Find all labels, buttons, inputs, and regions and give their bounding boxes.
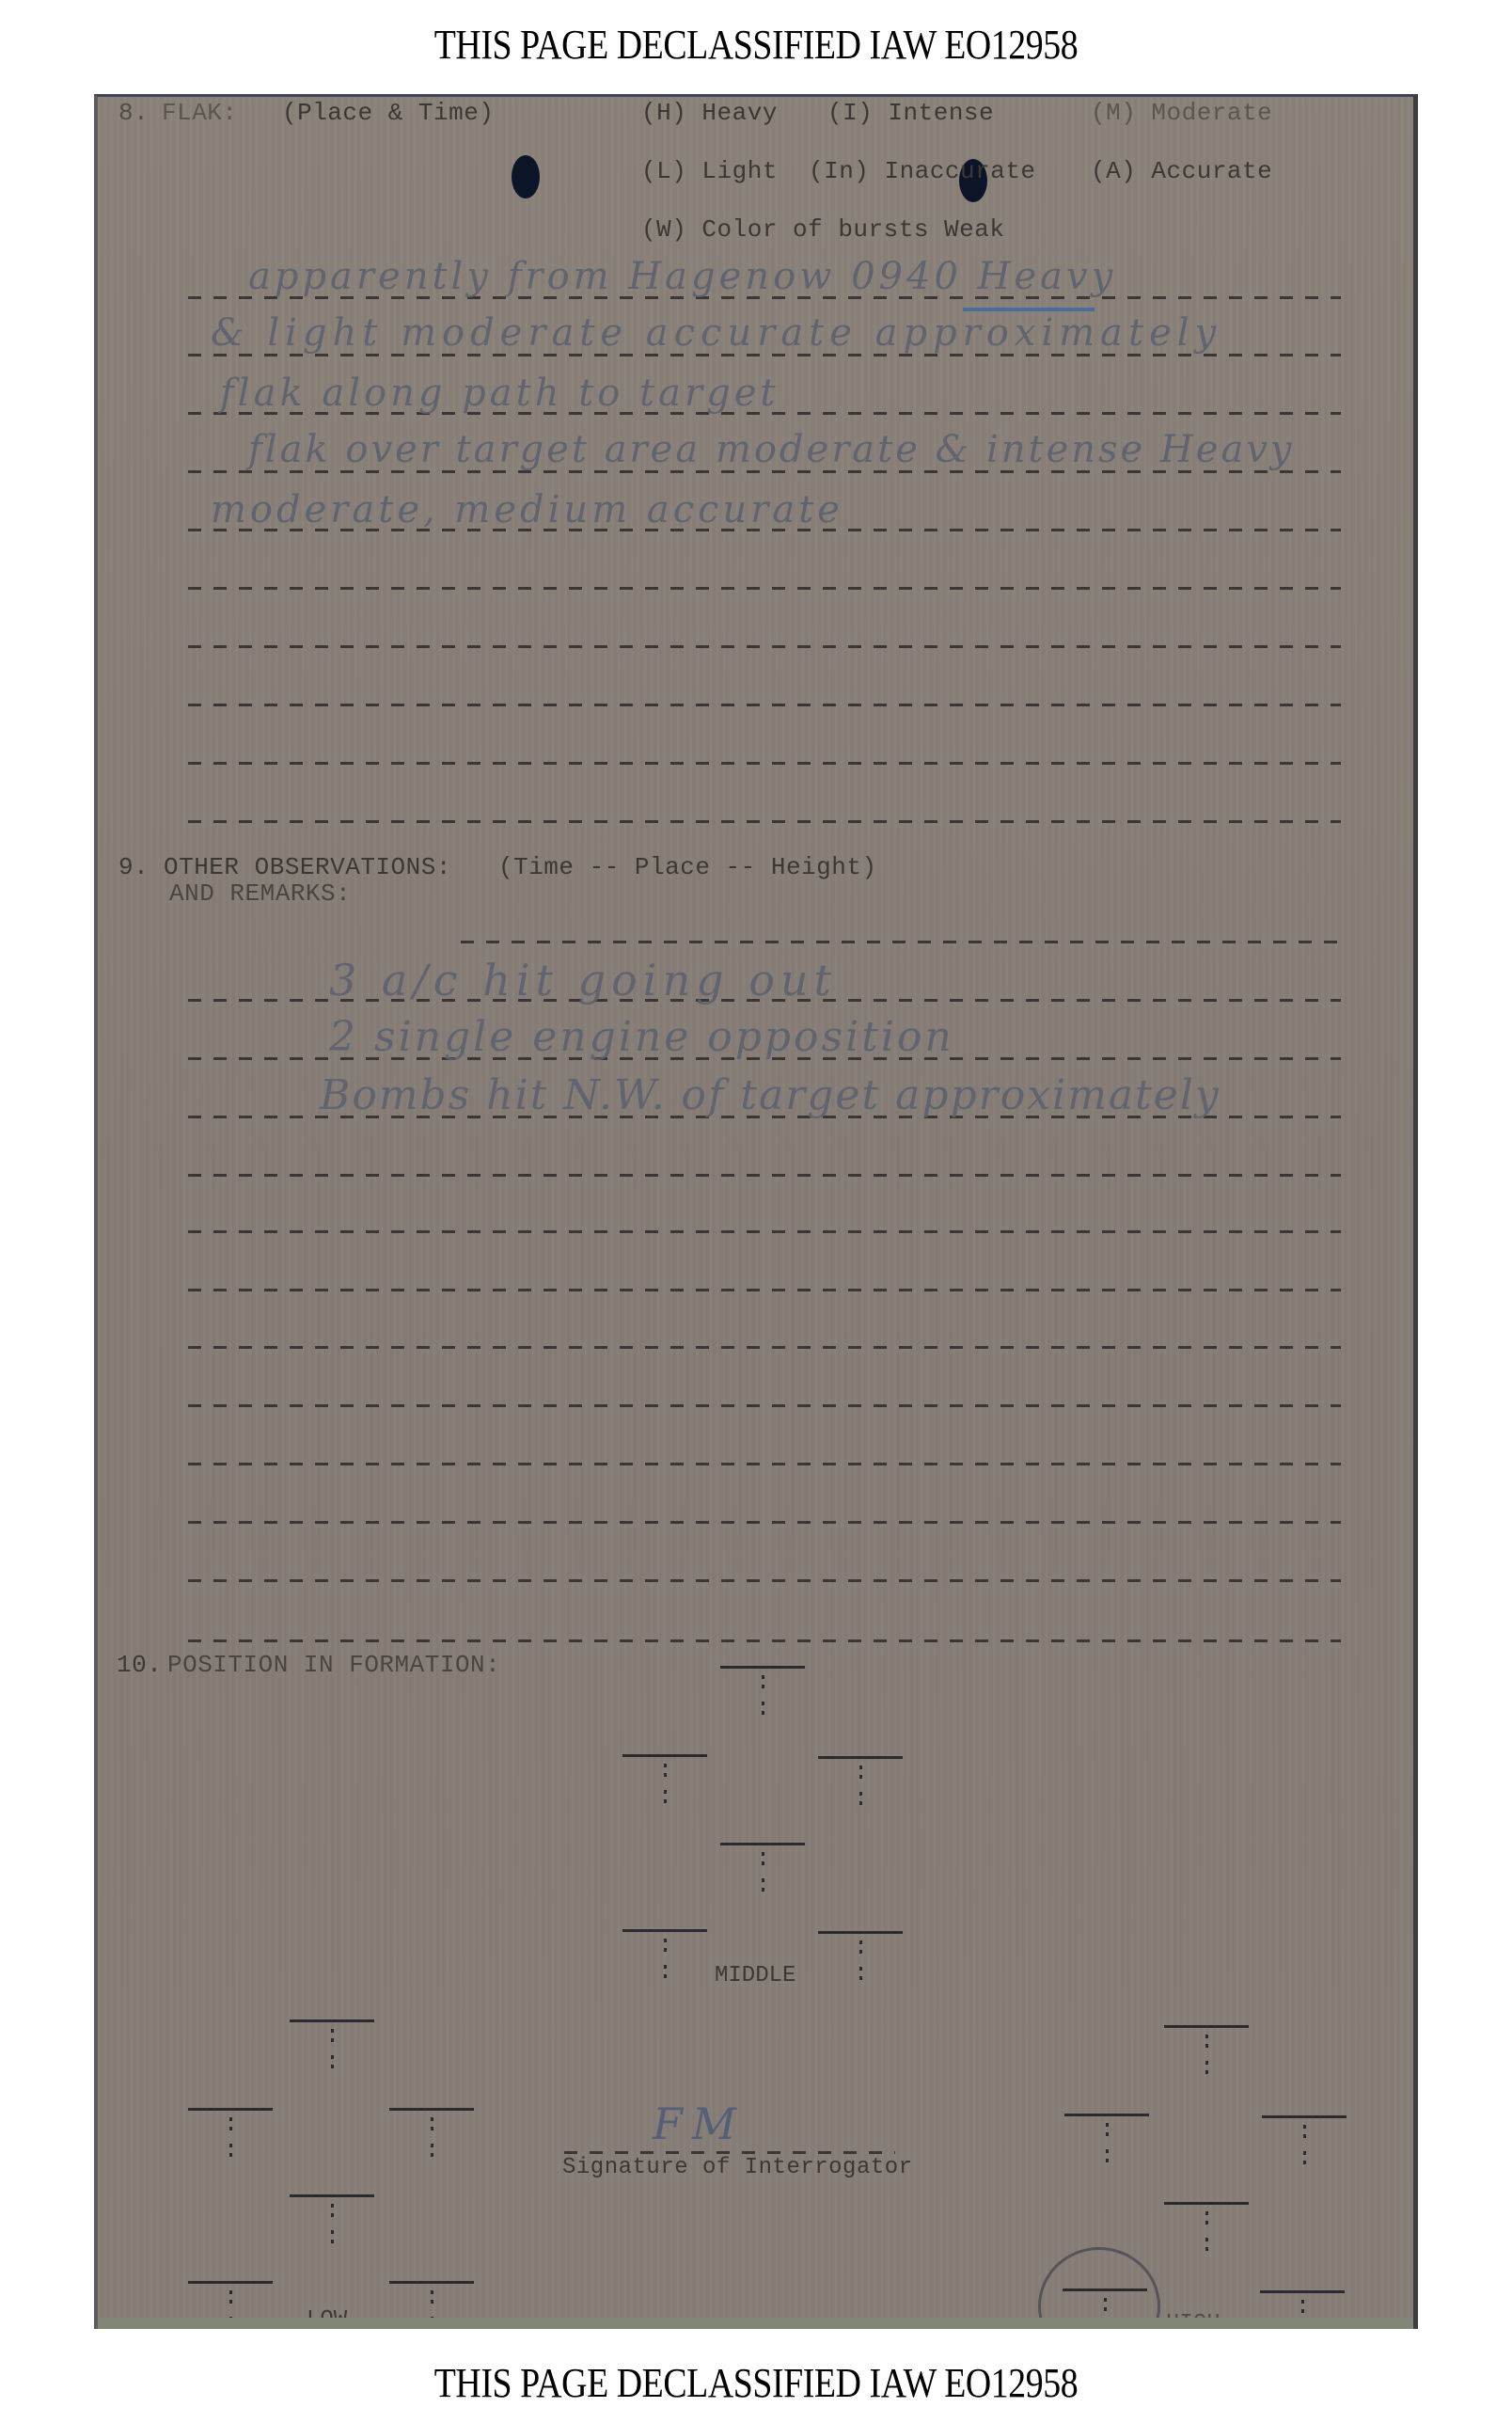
formation-slot-high-right[interactable] — [1262, 2115, 1347, 2181]
remarks-note-3: Bombs hit N.W. of target approximately — [320, 1071, 1221, 1119]
formation-slot-high-lead[interactable] — [1164, 2025, 1249, 2091]
formation-slot-middle-left[interactable] — [622, 1754, 707, 1820]
remarks-line-6 — [188, 1289, 1341, 1291]
flak-line-9 — [188, 762, 1341, 765]
remarks-line-9 — [188, 1463, 1341, 1465]
remarks-note-2: 2 single engine opposition — [329, 1013, 954, 1061]
section-8-label: FLAK: — [162, 99, 238, 127]
signature-initials: FM — [653, 2098, 746, 2149]
legend-light: (L) Light — [641, 157, 778, 185]
flak-note-line-3: flak along path to target — [220, 372, 779, 415]
scan-bottom-edge — [98, 2318, 1413, 2329]
remarks-line-0 — [461, 941, 1341, 943]
signature-caption: Signature of Interrogator — [562, 2155, 913, 2180]
remarks-line-5 — [188, 1230, 1341, 1233]
section-9-label-2: AND REMARKS: — [169, 879, 351, 908]
flak-note-line-4: flak over target area moderate & intense… — [248, 428, 1295, 471]
formation-slot-high-left[interactable] — [1064, 2114, 1149, 2179]
flak-line-10 — [188, 820, 1341, 823]
legend-accurate: (A) Accurate — [1091, 157, 1272, 185]
remarks-line-7 — [188, 1346, 1341, 1349]
remarks-line-8 — [188, 1404, 1341, 1407]
declassified-banner-top: THIS PAGE DECLASSIFIED IAW EO12958 — [106, 21, 1407, 69]
section-9-number: 9. — [118, 853, 149, 881]
remarks-note-1: 3 a/c hit going out — [329, 955, 837, 1006]
legend-inaccurate: (In) Inaccurate — [809, 157, 1036, 185]
section-8-number: 8. — [118, 99, 149, 127]
formation-slot-low-left[interactable] — [188, 2108, 273, 2174]
legend-color-of-bursts: (W) Color of bursts Weak — [641, 215, 1004, 244]
legend-intense: (I) Intense — [827, 99, 994, 127]
formation-slot-low-lead[interactable] — [290, 2019, 374, 2085]
flak-note-line-5: moderate, medium accurate — [211, 488, 843, 531]
section-10-number: 10. — [117, 1651, 162, 1679]
section-9-label: OTHER OBSERVATIONS: — [164, 853, 451, 881]
section-10-label: POSITION IN FORMATION: — [167, 1651, 500, 1679]
remarks-line-10 — [188, 1521, 1341, 1524]
flak-line-7 — [188, 645, 1341, 648]
flak-note-line-2: & light moderate accurate approximately — [211, 311, 1221, 355]
remarks-line-4 — [188, 1174, 1341, 1177]
remarks-line-11 — [188, 1579, 1341, 1582]
legend-moderate: (M) Moderate — [1091, 99, 1272, 127]
flak-report-page: 8. FLAK: (Place & Time) (H) Heavy (I) In… — [94, 94, 1418, 2329]
formation-slot-middle-right-2[interactable] — [818, 1931, 903, 1997]
legend-heavy: (H) Heavy — [641, 99, 778, 127]
flak-line-6 — [188, 587, 1341, 590]
flak-line-8 — [188, 704, 1341, 706]
formation-slot-middle-lead[interactable] — [720, 1666, 805, 1732]
punch-hole-left — [512, 155, 540, 198]
formation-slot-high-slot[interactable] — [1164, 2202, 1249, 2268]
signature-line — [564, 2151, 895, 2154]
formation-slot-middle-left-2[interactable] — [622, 1929, 707, 1995]
flak-note-line-1: apparently from Hagenow 0940 Heavy — [248, 255, 1116, 298]
remarks-line-12 — [188, 1639, 1341, 1642]
circled-position-mark — [1038, 2247, 1160, 2329]
middle-label: MIDDLE — [715, 1963, 795, 1988]
formation-slot-low-slot[interactable] — [290, 2194, 374, 2260]
formation-slot-low-right[interactable] — [389, 2108, 474, 2174]
section-9-sub: (Time -- Place -- Height) — [498, 853, 877, 881]
declassified-banner-bottom: THIS PAGE DECLASSIFIED IAW EO12958 — [106, 2359, 1407, 2407]
formation-slot-middle-slot[interactable] — [720, 1843, 805, 1908]
section-8-place-time: (Place & Time) — [282, 99, 494, 127]
formation-slot-middle-right[interactable] — [818, 1756, 903, 1822]
